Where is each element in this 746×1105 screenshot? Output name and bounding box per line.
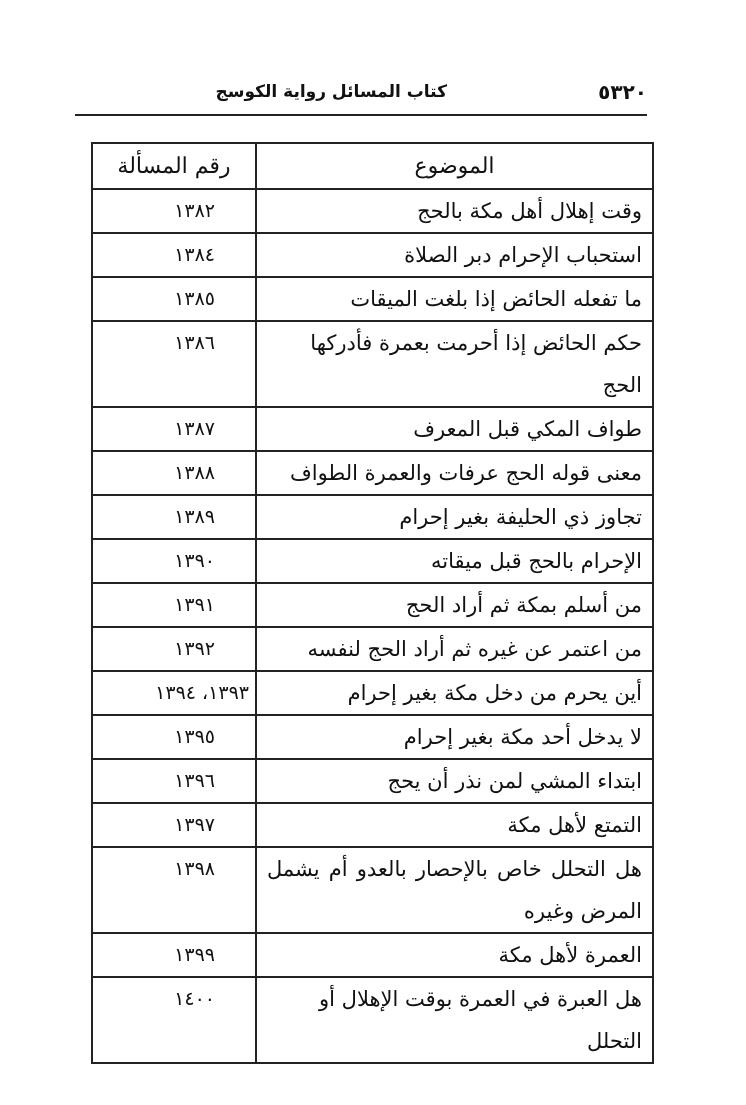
table-row: التمتع لأهل مكة١٣٩٧ <box>92 803 653 847</box>
issue-number-cell: ١٣٨٤ <box>92 233 256 277</box>
table-row: العمرة لأهل مكة١٣٩٩ <box>92 933 653 977</box>
table-row: وقت إهلال أهل مكة بالحج١٣٨٢ <box>92 189 653 233</box>
issue-number-cell: ١٣٩١ <box>92 583 256 627</box>
topic-cell: تجاوز ذي الحليفة بغير إحرام <box>256 495 653 539</box>
topic-cell: ابتداء المشي لمن نذر أن يحج <box>256 759 653 803</box>
issue-number-cell: ١٣٩٠ <box>92 539 256 583</box>
issue-number-cell: ١٣٩٨ <box>92 847 256 933</box>
table-row: هل العبرة في العمرة بوقت الإهلال أو التح… <box>92 977 653 1063</box>
table-row: طواف المكي قبل المعرف١٣٨٧ <box>92 407 653 451</box>
issue-number-cell: ١٣٨٨ <box>92 451 256 495</box>
book-title: كتاب المسائل رواية الكوسج <box>216 82 448 102</box>
table-row: ابتداء المشي لمن نذر أن يحج١٣٩٦ <box>92 759 653 803</box>
issue-number-cell: ١٣٩٣، ١٣٩٤ <box>92 671 256 715</box>
table-row: معنى قوله الحج عرفات والعمرة الطواف١٣٨٨ <box>92 451 653 495</box>
page-number: ٥٣٢٠ <box>598 80 647 104</box>
topic-cell: استحباب الإحرام دبر الصلاة <box>256 233 653 277</box>
table-row: تجاوز ذي الحليفة بغير إحرام١٣٨٩ <box>92 495 653 539</box>
issue-number-cell: ١٣٩٩ <box>92 933 256 977</box>
issue-number-cell: ١٣٨٢ <box>92 189 256 233</box>
page-header: ٥٣٢٠ كتاب المسائل رواية الكوسج <box>75 78 647 116</box>
issue-number-cell: ١٣٩٧ <box>92 803 256 847</box>
topic-cell: هل التحلل خاص بالإحصار بالعدو أم يشمل ال… <box>256 847 653 933</box>
table-row: لا يدخل أحد مكة بغير إحرام١٣٩٥ <box>92 715 653 759</box>
table-row: ما تفعله الحائض إذا بلغت الميقات١٣٨٥ <box>92 277 653 321</box>
issue-number-cell: ١٣٩٥ <box>92 715 256 759</box>
table-row: الإحرام بالحج قبل ميقاته١٣٩٠ <box>92 539 653 583</box>
topic-cell: معنى قوله الحج عرفات والعمرة الطواف <box>256 451 653 495</box>
topic-cell: لا يدخل أحد مكة بغير إحرام <box>256 715 653 759</box>
topic-cell: طواف المكي قبل المعرف <box>256 407 653 451</box>
table-row: من اعتمر عن غيره ثم أراد الحج لنفسه١٣٩٢ <box>92 627 653 671</box>
table-row: هل التحلل خاص بالإحصار بالعدو أم يشمل ال… <box>92 847 653 933</box>
topic-cell: ما تفعله الحائض إذا بلغت الميقات <box>256 277 653 321</box>
topic-cell: وقت إهلال أهل مكة بالحج <box>256 189 653 233</box>
table-row: استحباب الإحرام دبر الصلاة١٣٨٤ <box>92 233 653 277</box>
topic-cell: العمرة لأهل مكة <box>256 933 653 977</box>
issue-number-cell: ١٣٨٥ <box>92 277 256 321</box>
topic-cell: هل العبرة في العمرة بوقت الإهلال أو التح… <box>256 977 653 1063</box>
topic-cell: حكم الحائض إذا أحرمت بعمرة فأدركها الحج <box>256 321 653 407</box>
table-row: من أسلم بمكة ثم أراد الحج١٣٩١ <box>92 583 653 627</box>
topic-cell: الإحرام بالحج قبل ميقاته <box>256 539 653 583</box>
issue-number-cell: ١٤٠٠ <box>92 977 256 1063</box>
table-row: حكم الحائض إذا أحرمت بعمرة فأدركها الحج١… <box>92 321 653 407</box>
issue-number-cell: ١٣٨٧ <box>92 407 256 451</box>
topic-cell: التمتع لأهل مكة <box>256 803 653 847</box>
topic-cell: من أسلم بمكة ثم أراد الحج <box>256 583 653 627</box>
issue-number-cell: ١٣٨٩ <box>92 495 256 539</box>
column-header-topic: الموضوع <box>256 143 653 189</box>
issue-number-cell: ١٣٩٢ <box>92 627 256 671</box>
table-row: أين يحرم من دخل مكة بغير إحرام١٣٩٣، ١٣٩٤ <box>92 671 653 715</box>
issue-number-cell: ١٣٨٦ <box>92 321 256 407</box>
issue-number-cell: ١٣٩٦ <box>92 759 256 803</box>
index-table: الموضوع رقم المسألة وقت إهلال أهل مكة با… <box>91 142 654 1064</box>
topic-cell: أين يحرم من دخل مكة بغير إحرام <box>256 671 653 715</box>
column-header-issue-number: رقم المسألة <box>92 143 256 189</box>
table-header-row: الموضوع رقم المسألة <box>92 143 653 189</box>
topic-cell: من اعتمر عن غيره ثم أراد الحج لنفسه <box>256 627 653 671</box>
